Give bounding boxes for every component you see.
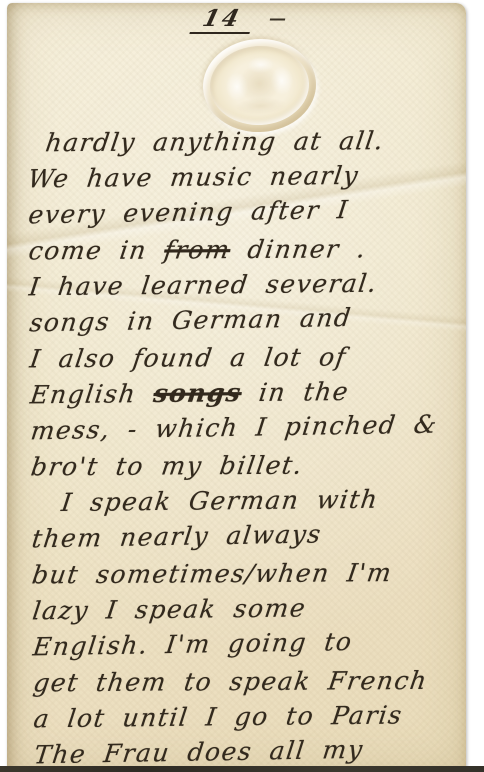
line-segment: dinner . [228,234,368,264]
line-segment: come in [27,235,167,265]
handwritten-line: come in from dinner . [26,231,475,270]
handwritten-line: them nearly always [30,514,479,557]
handwritten-line: get them to speak French [31,663,480,702]
page-number: 14— [193,5,289,34]
struck-word: from [162,235,232,264]
handwritten-line: mess, - which I pinched & [29,406,478,449]
letter-paper-sheet: 14— hardly anything at all. We have musi… [7,3,466,772]
handwritten-line: English. I'm going to [31,622,480,665]
page-number-value: 14 [189,5,256,34]
handwritten-line: songs in German and [27,298,476,341]
photo-bottom-edge [0,766,484,772]
scanned-letter-photo: { "colors": { "paper": "#f0e7ca", "ink":… [0,0,484,772]
handwritten-line: but sometimes/when I'm [30,555,479,594]
handwritten-line: hardly anything at all. [25,123,474,162]
handwritten-line: I also found a lot of [27,339,476,378]
handwritten-line: bro't to my billet. [29,447,478,486]
handwritten-line: every evening after I [26,190,475,233]
line-segment: English [29,379,156,409]
embossed-seal [201,36,319,135]
struck-word: songs [152,378,244,408]
page-number-dash: — [269,9,289,29]
letter-body: hardly anything at all. We have music ne… [28,121,479,772]
line-segment: in the [240,377,351,407]
